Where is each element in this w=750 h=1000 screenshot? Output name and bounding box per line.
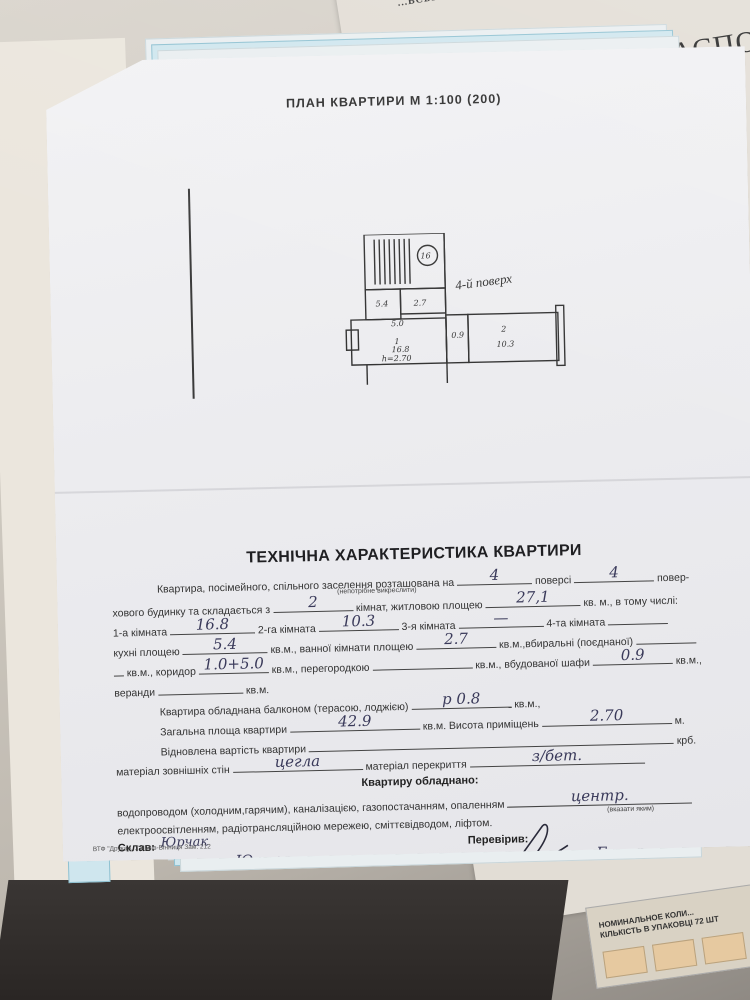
veranda-area-field: [158, 680, 243, 696]
living-area-field: 27,1: [485, 592, 580, 608]
svg-text:10.3: 10.3: [496, 339, 514, 348]
svg-text:0.9: 0.9: [451, 331, 464, 340]
closet-area-field: 0.9: [593, 650, 673, 666]
rooms-count-field: 2: [273, 597, 353, 613]
walls-material-field: цегла: [232, 756, 362, 773]
floor-field: 4: [457, 570, 532, 586]
svg-text:5.0: 5.0: [391, 319, 404, 328]
svg-text:5.4: 5.4: [375, 299, 388, 308]
form-row-veranda: веранди кв.м.: [114, 679, 269, 700]
margin-rule: [188, 189, 195, 399]
balcony-area-field: р 0.8: [411, 694, 511, 710]
kitchen-area-field: 5.4: [182, 639, 267, 655]
height-field: 2.70: [542, 710, 672, 727]
plan-title: ПЛАН КВАРТИРИ М 1:100 (200): [286, 92, 502, 111]
room4-area-field: [608, 610, 668, 625]
bath-area-field: 2.7: [416, 634, 496, 650]
svg-text:2.7: 2.7: [412, 298, 427, 307]
total-area-field: 42.9: [290, 716, 420, 733]
stair-number: 16: [420, 251, 430, 260]
room1-area-field: 16.8: [170, 619, 255, 635]
printer-footer: ВТФ "Друкар..." Львів-Вінниця Зам. 212: [93, 843, 211, 853]
dark-floor: [0, 880, 568, 1000]
svg-text:h=2.70: h=2.70: [382, 354, 412, 364]
bureau-header: ...ВСЬКЕ МІЖМІСЬКЕ БЮРО ТЕ...: [397, 0, 592, 9]
package-cell: [652, 939, 697, 972]
room2-area-field: 10.3: [318, 616, 398, 632]
apartment-plan-document: ПЛАН КВАРТИРИ М 1:100 (200) 16 5.4 2.7 5…: [45, 46, 750, 862]
ceiling-material-field: з/бет.: [469, 750, 644, 768]
package-cell: [602, 946, 647, 979]
total-floors-field: 4: [574, 567, 654, 583]
package-cell: [701, 932, 746, 965]
heating-note: (вказати яким): [607, 805, 654, 813]
equipped-title: Квартиру обладнано:: [361, 774, 478, 789]
heating-field: центр.: [507, 790, 692, 808]
partition-area-field: [372, 654, 472, 670]
floor-plan-drawing: 16 5.4 2.7 5.0 1 16.8 h=2.70 2 10.3 0.9: [334, 230, 568, 395]
svg-text:2: 2: [500, 325, 506, 334]
tech-characteristics-title: ТЕХНІЧНА ХАРАКТЕРИСТИКА КВАРТИРИ: [246, 542, 582, 568]
room3-area-field: —: [458, 613, 543, 629]
svg-text:16.8: 16.8: [392, 345, 410, 354]
paper-fold: [55, 476, 750, 494]
wc-area-field: [636, 629, 696, 644]
corridor-area-field: 1.0+5.0: [199, 659, 269, 675]
form-row-utilities: водопроводом (холодним,гарячим), каналіз…: [117, 790, 693, 820]
